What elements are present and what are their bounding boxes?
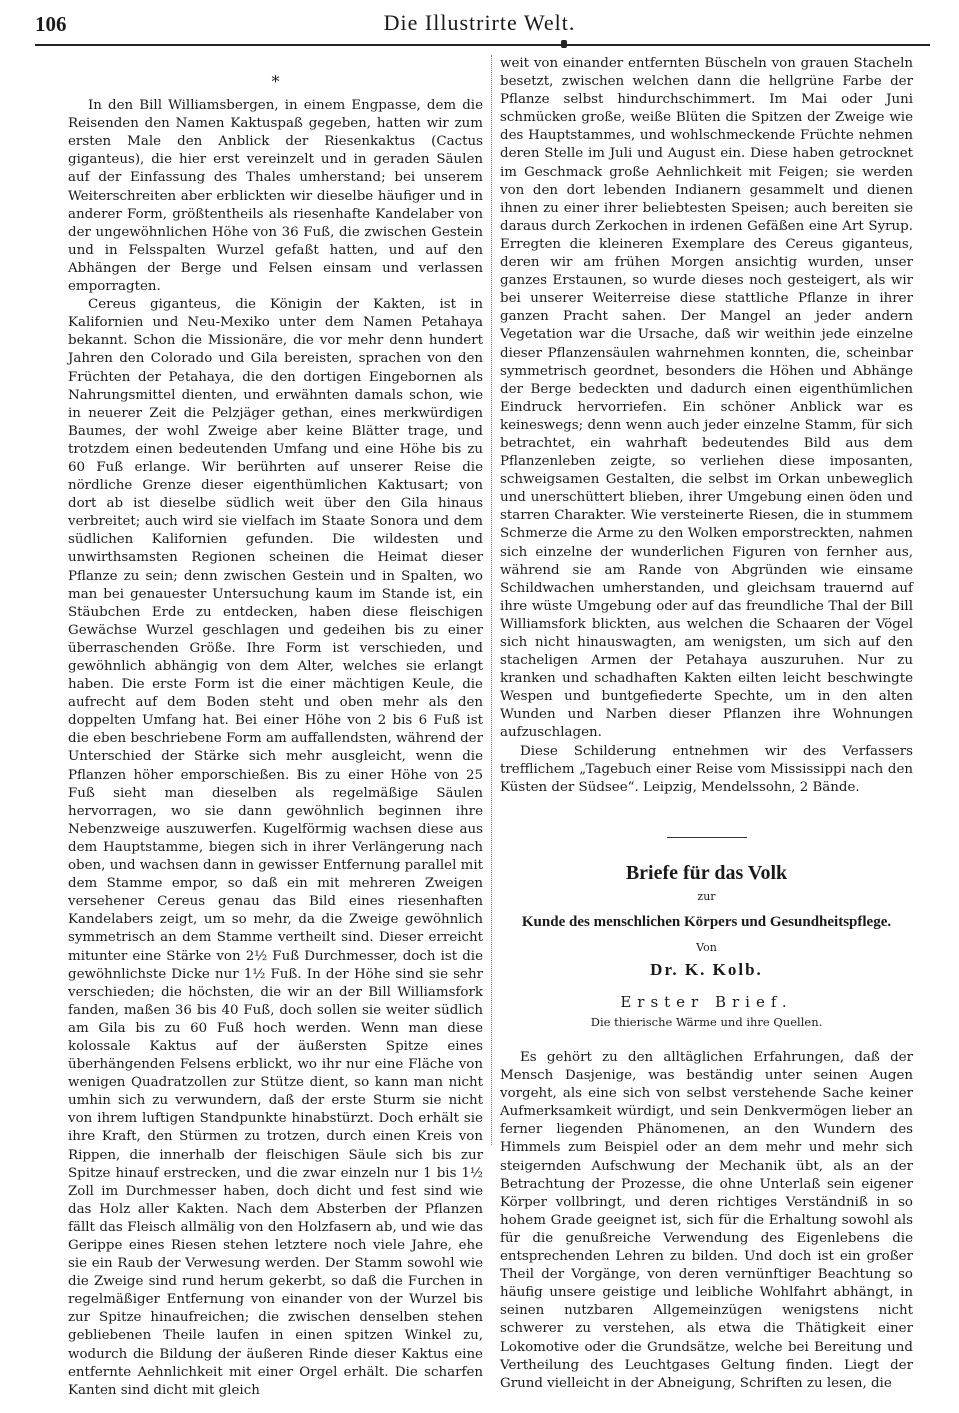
- header-rule-ornament: [561, 40, 567, 48]
- by-label: Von: [500, 939, 913, 957]
- series-title: Briefe für das Volk: [500, 864, 913, 882]
- source-note: Diese Schilderung entnehmen wir des Verf…: [500, 743, 913, 797]
- letter-subtitle: Die thierische Wärme und ihre Quellen.: [500, 1013, 913, 1031]
- column-divider: [491, 55, 492, 1145]
- section-mark: *: [68, 73, 483, 91]
- series-zur: zur: [500, 888, 913, 906]
- section-separator: [667, 837, 747, 839]
- letter-title: Erster Brief.: [500, 993, 913, 1011]
- author: Dr. K. Kolb.: [500, 961, 913, 979]
- paragraph: Cereus giganteus, die Königin der Kakten…: [68, 296, 483, 1400]
- paragraph: In den Bill Williamsbergen, in einem Eng…: [68, 97, 483, 296]
- series-subtitle: Kunde des menschlichen Körpers und Gesun…: [500, 913, 913, 931]
- header-rule: [35, 44, 930, 46]
- running-title: Die Illustrirte Welt.: [0, 10, 959, 36]
- article-body: Es gehört zu den alltäglichen Erfahrunge…: [500, 1049, 913, 1393]
- left-column: * In den Bill Williamsbergen, in einem E…: [68, 55, 483, 1400]
- right-column: weit von einander entfernten Büscheln vo…: [500, 55, 913, 1393]
- paragraph-continuation: weit von einander entfernten Büscheln vo…: [500, 55, 913, 743]
